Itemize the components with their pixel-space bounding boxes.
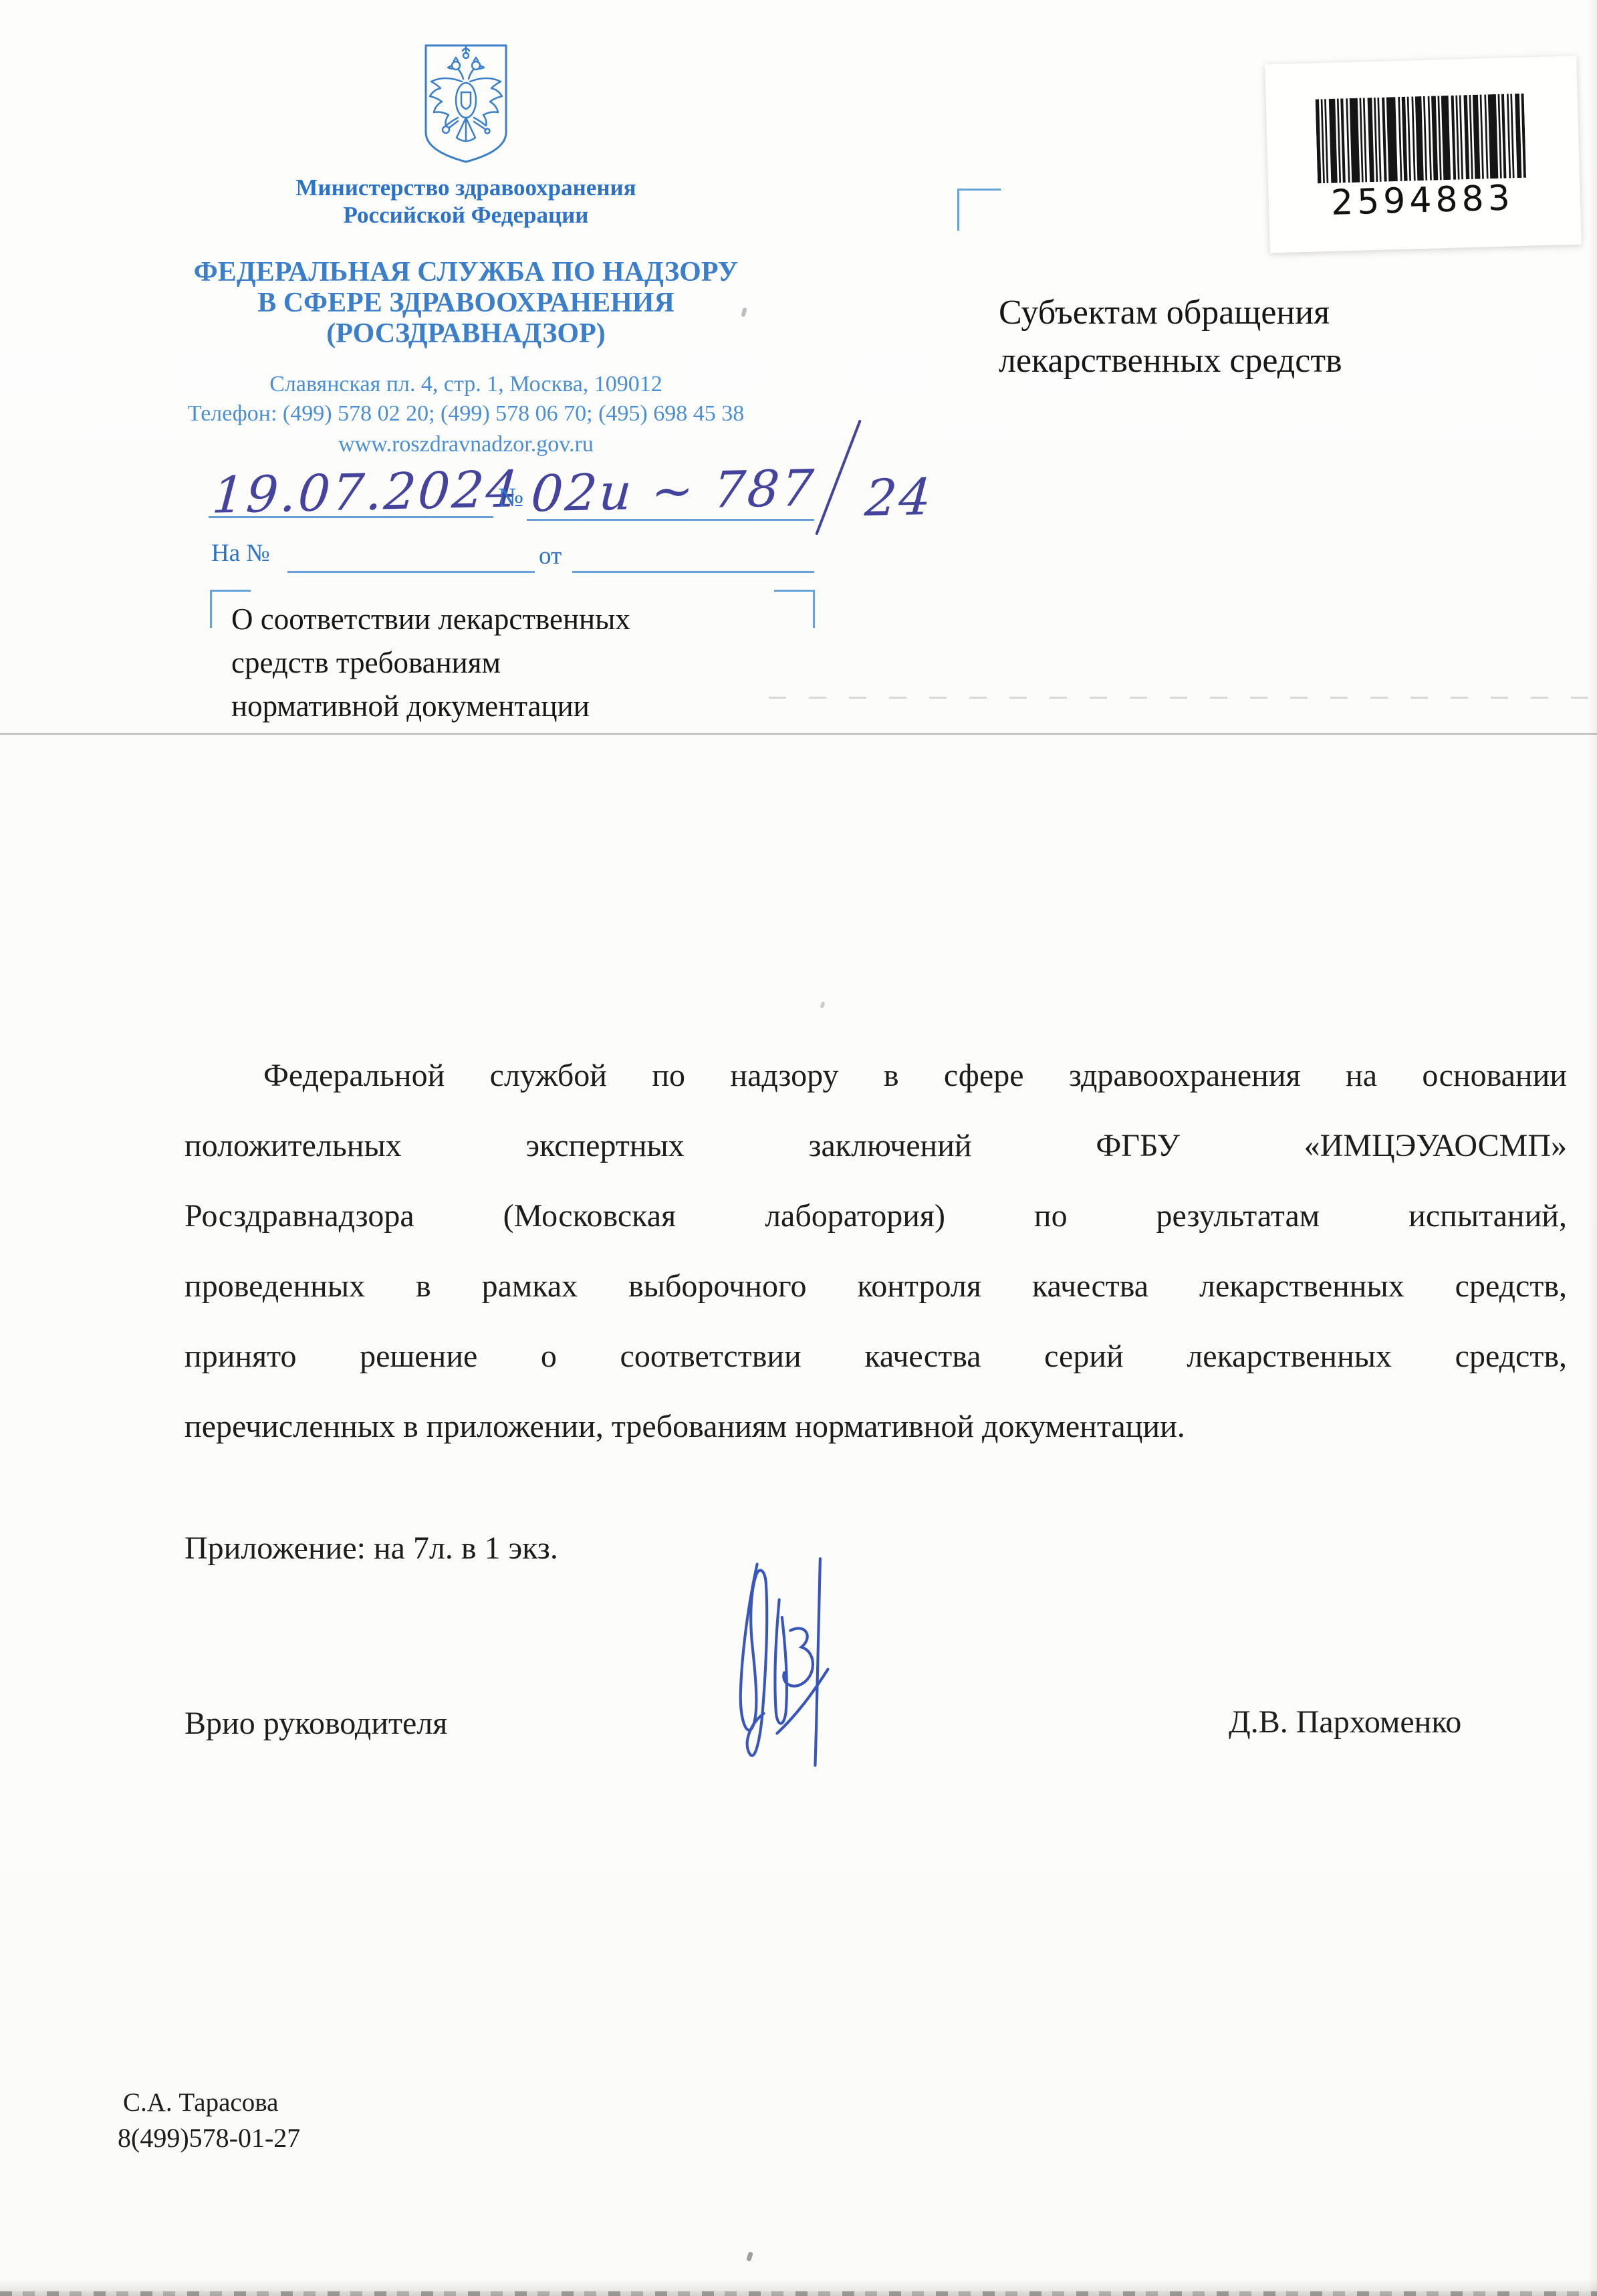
handwritten-date: 19.07.2024: [211, 459, 522, 525]
barcode-number: 2594883: [1295, 177, 1550, 225]
service-name-line: (РОСЗДРАВНАДЗОР): [132, 318, 800, 349]
scan-bottom-edge: [0, 2291, 1597, 2296]
body-line: Росздравнадзора (Московская лаборатория)…: [185, 1181, 1567, 1251]
ministry-name: Министерство здравоохранения Российской …: [132, 174, 800, 229]
scan-speck: [746, 2251, 753, 2261]
signer-title: Врио руководителя: [185, 1705, 447, 1742]
scan-seam-line: [0, 733, 1597, 735]
na-no-label: На №: [211, 539, 270, 568]
scan-speck: [820, 1001, 825, 1008]
letterhead-phone: Телефон: (499) 578 02 20; (499) 578 06 7…: [132, 401, 800, 427]
ot-underline: [572, 571, 814, 573]
number-sign: №: [498, 481, 523, 513]
subject-line: средств требованиям: [231, 641, 806, 685]
scan-noise-dashes: [769, 697, 1597, 699]
scanned-letter-page: Министерство здравоохранения Российской …: [0, 0, 1597, 2296]
handwritten-number: 02и ~ 787: [529, 459, 818, 524]
subject-line: нормативной документации: [231, 685, 806, 728]
na-no-underline: [287, 571, 535, 573]
barcode-icon: [1316, 94, 1526, 184]
letterhead-website: www.roszdravnadzor.gov.ru: [132, 432, 800, 457]
contact-name: С.А. Тарасова: [123, 2087, 278, 2117]
ot-label: от: [539, 542, 562, 570]
recipient-text: Субъектам обращения лекарственных средст…: [999, 289, 1480, 385]
body-line: проведенных в рамках выборочного контрол…: [185, 1251, 1567, 1321]
service-name-line: ФЕДЕРАЛЬНАЯ СЛУЖБА ПО НАДЗОРУ: [132, 257, 800, 288]
subject-line: О соответствии лекарственных: [231, 598, 806, 641]
service-name-line: В СФЕРЕ ЗДРАВООХРАНЕНИЯ: [132, 288, 800, 318]
coat-of-arms-emblem: [418, 40, 513, 167]
recipient-line: Субъектам обращения: [999, 289, 1480, 337]
scan-right-edge-shade: [1588, 0, 1597, 2296]
body-line: перечисленных в приложении, требованиям …: [185, 1391, 1567, 1462]
recipient-bracket: [957, 189, 1001, 231]
barcode-sticker: 2594883: [1265, 56, 1582, 253]
handwritten-number-suffix: 24: [863, 467, 935, 528]
subject-text: О соответствии лекарственных средств тре…: [231, 598, 806, 728]
number-underline: [527, 519, 814, 521]
service-name: ФЕДЕРАЛЬНАЯ СЛУЖБА ПО НАДЗОРУ В СФЕРЕ ЗД…: [132, 257, 800, 349]
attachment-note: Приложение: на 7л. в 1 экз.: [185, 1530, 558, 1567]
date-underline: [209, 516, 493, 518]
contact-phone: 8(499)578-01-27: [118, 2122, 300, 2154]
signer-name: Д.В. Пархоменко: [1229, 1704, 1461, 1740]
signature-autograph-icon: [695, 1532, 839, 1797]
body-paragraph: Федеральной службой по надзору в сфере з…: [185, 1040, 1567, 1462]
body-line: Федеральной службой по надзору в сфере з…: [185, 1040, 1567, 1111]
ministry-name-line: Министерство здравоохранения: [132, 174, 800, 201]
recipient-line: лекарственных средств: [999, 337, 1480, 385]
body-line: положительных экспертных заключений ФГБУ…: [185, 1111, 1567, 1181]
letterhead-address: Славянская пл. 4, стр. 1, Москва, 109012: [132, 372, 800, 397]
body-line: принято решение о соответствии качества …: [185, 1321, 1567, 1391]
ministry-name-line: Российской Федерации: [132, 201, 800, 229]
handwritten-slash: [815, 419, 862, 535]
